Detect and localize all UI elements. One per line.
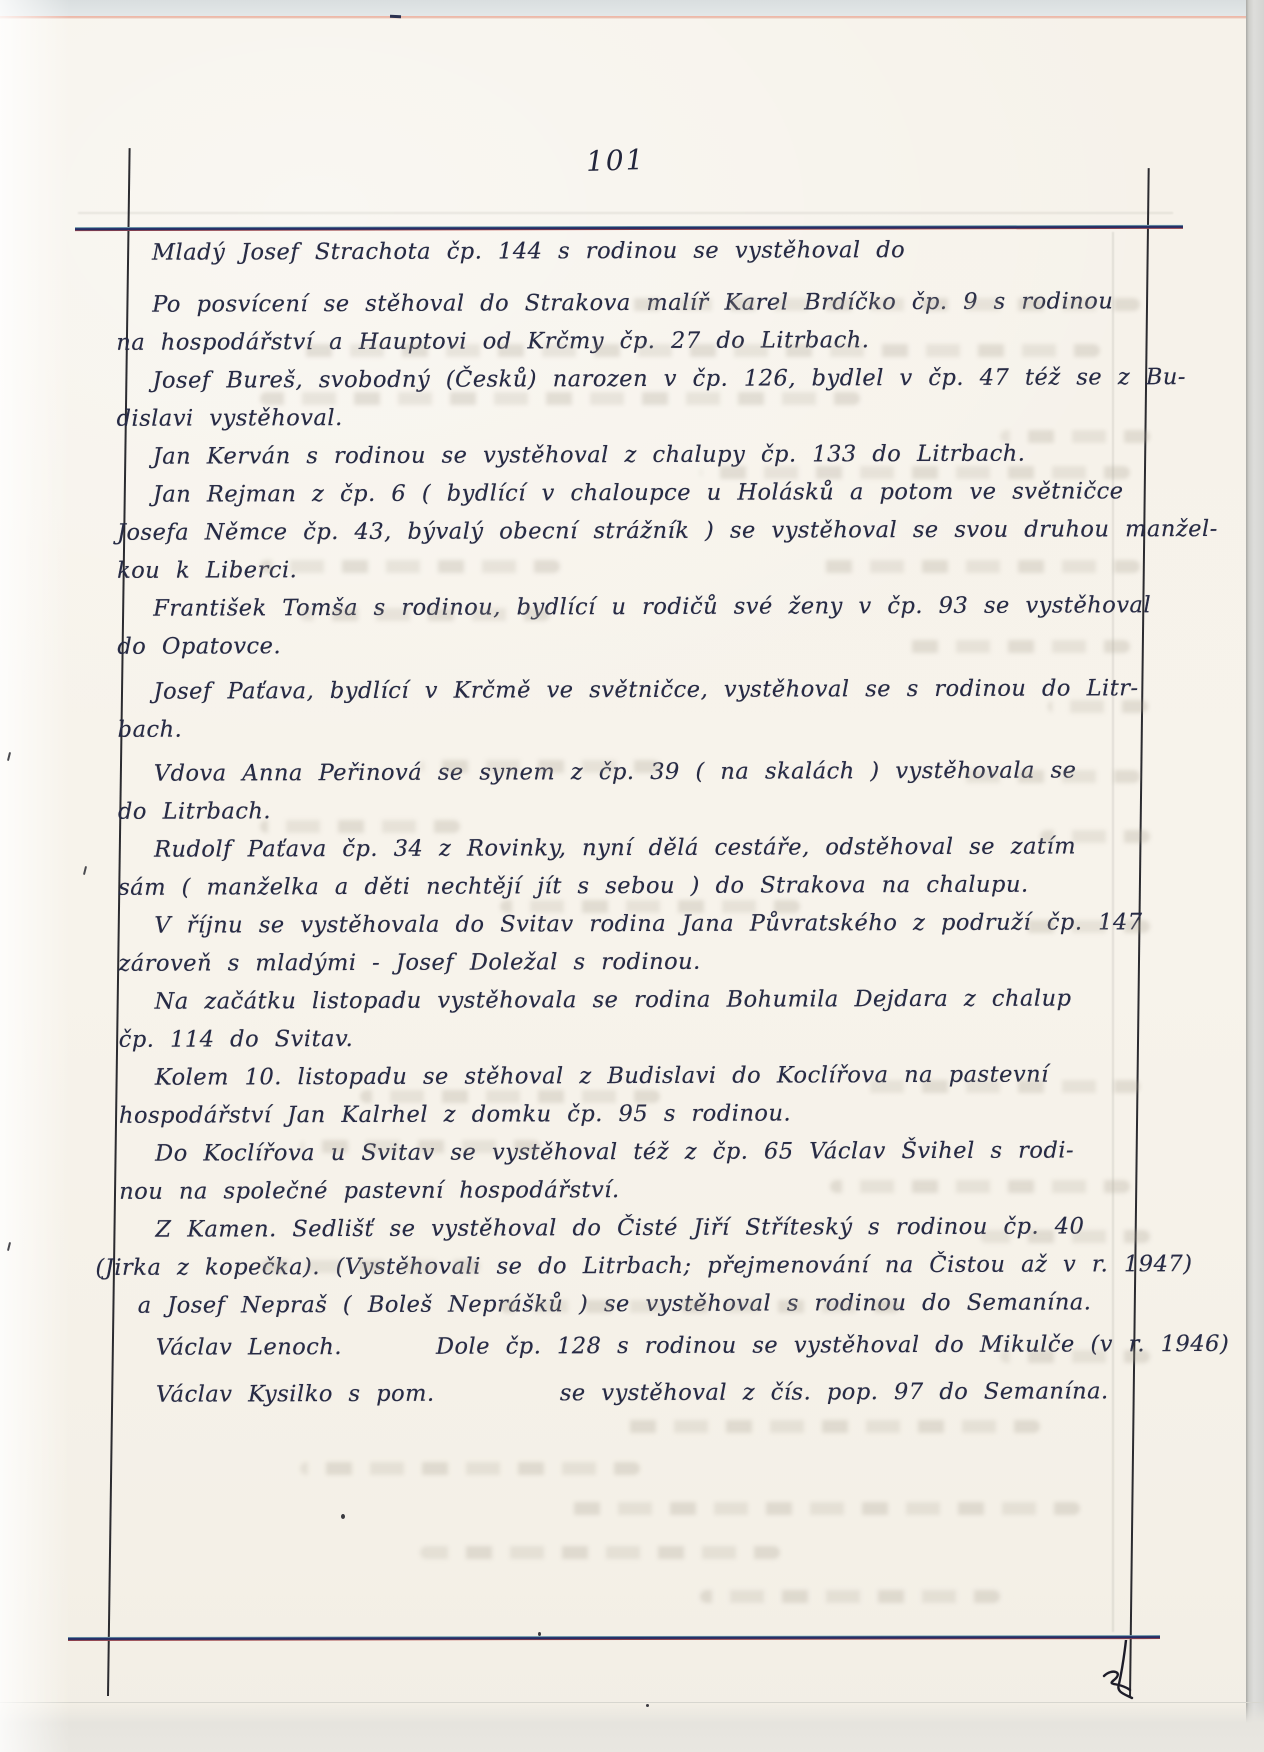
ghost-text-row bbox=[620, 1420, 1040, 1433]
ghost-text-row bbox=[300, 344, 1100, 357]
scanned-manuscript-page: 101 Mladý Josef Strachota čp. 144 s rodi… bbox=[0, 0, 1264, 1752]
pen-flourish-mark bbox=[1096, 1640, 1150, 1704]
ghost-text-row bbox=[950, 770, 1140, 783]
ghost-text-row bbox=[260, 820, 460, 833]
ghost-text-row bbox=[420, 760, 660, 773]
ghost-text-row bbox=[360, 1090, 660, 1103]
manuscript-line: bach. bbox=[118, 713, 1150, 755]
ghost-text-row bbox=[500, 900, 800, 913]
scanner-top-band bbox=[0, 0, 1264, 16]
ink-speck bbox=[538, 1632, 541, 1636]
ghost-text-row bbox=[700, 466, 1130, 479]
ink-speck bbox=[341, 1514, 345, 1519]
ghost-text-row bbox=[260, 560, 560, 573]
manuscript-line: Rudolf Paťava čp. 34 z Rovinky, nyní děl… bbox=[118, 833, 1150, 875]
paper-left-edge bbox=[0, 0, 70, 1752]
ghost-text-row bbox=[560, 1502, 1080, 1515]
ghost-text-row bbox=[500, 1300, 900, 1313]
ghost-text-row bbox=[300, 1462, 640, 1475]
ghost-text-row bbox=[300, 608, 550, 621]
manuscript-line: Josefa Němce čp. 43, bývalý obecní stráž… bbox=[117, 516, 1149, 558]
manuscript-line: Václav Lenoch. Dole čp. 128 s rodinou se… bbox=[120, 1331, 1152, 1373]
ghost-text-row bbox=[1020, 920, 1150, 933]
ghost-text-row bbox=[860, 1080, 1140, 1093]
manuscript-line: Václav Kysilko s pom. se vystěhoval z čí… bbox=[120, 1378, 1152, 1420]
paper-bottom-edge bbox=[0, 1702, 1264, 1752]
ink-speck bbox=[646, 1704, 649, 1707]
ghost-text-row bbox=[1000, 1350, 1150, 1363]
header-rule bbox=[75, 225, 1183, 231]
ghost-text-row bbox=[260, 392, 860, 405]
scan-artifact-dash bbox=[390, 15, 401, 18]
manuscript-line: Do Koclířova u Svitav se vystěhoval též … bbox=[119, 1137, 1151, 1179]
manuscript-line: hospodářství Jan Kalrhel z domku čp. 95 … bbox=[119, 1099, 1151, 1141]
manuscript-line: Josef Paťava, bydlící v Krčmě ve světnič… bbox=[117, 675, 1149, 717]
ghost-text-row bbox=[1000, 430, 1150, 443]
ghost-text-row bbox=[300, 1140, 540, 1153]
ghost-text-row bbox=[260, 1260, 480, 1273]
manuscript-line: zároveň s mladými - Josef Doležal s rodi… bbox=[118, 947, 1150, 989]
paper-right-edge bbox=[1246, 0, 1264, 1752]
manuscript-line: Mladý Josef Strachota čp. 144 s rodinou … bbox=[116, 236, 1148, 278]
manuscript-line: (Jirka z kopečka). (Vystěhovali se do Li… bbox=[95, 1251, 1151, 1293]
ghost-text-row bbox=[820, 560, 1140, 573]
ink-tick bbox=[83, 866, 87, 875]
ghost-text-row bbox=[900, 640, 1130, 653]
ghost-text-row bbox=[980, 1230, 1150, 1243]
manuscript-line: František Tomša s rodinou, bydlící u rod… bbox=[117, 592, 1149, 634]
footer-rule bbox=[68, 1635, 1160, 1641]
showthrough-rule bbox=[78, 212, 1173, 214]
manuscript-line: Na začátku listopadu vystěhovala se rodi… bbox=[119, 985, 1151, 1027]
manuscript-line: Jan Rejman z čp. 6 ( bydlící v chaloupce… bbox=[117, 478, 1149, 520]
manuscript-line: dislavi vystěhoval. bbox=[117, 402, 1149, 444]
ghost-text-row bbox=[830, 1180, 1130, 1193]
ghost-text-row bbox=[620, 298, 1140, 311]
ghost-text-row bbox=[1048, 700, 1148, 713]
manuscript-line: V říjnu se vystěhovala do Svitav rodina … bbox=[118, 909, 1150, 951]
ghost-text-row bbox=[700, 1590, 1000, 1603]
page-number: 101 bbox=[585, 145, 645, 177]
manuscript-line: čp. 114 do Svitav. bbox=[119, 1023, 1151, 1065]
scanner-top-fringe bbox=[0, 16, 1264, 19]
ghost-text-row bbox=[1040, 830, 1150, 843]
ghost-text-row bbox=[420, 1546, 780, 1559]
